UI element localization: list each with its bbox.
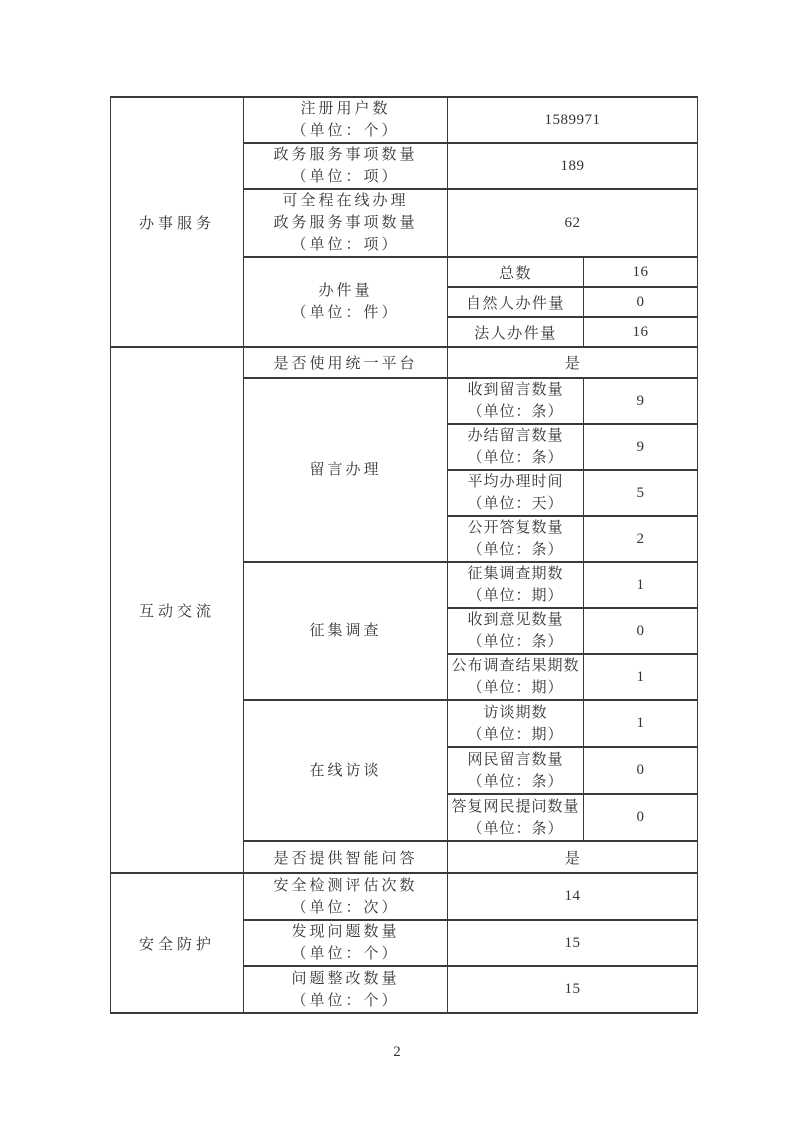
metric-unit-line: （单位：条） — [448, 447, 583, 469]
metric-label-line: 征集调查期数 — [448, 563, 583, 585]
metric-unit-line: （单位：天） — [448, 493, 583, 515]
sub-metric-value-interview-periods: 1 — [584, 700, 698, 747]
sub-metric-label-netizen-replies: 答复网民提问数量 （单位：条） — [448, 794, 584, 841]
section-label-interaction: 互动交流 — [111, 347, 244, 873]
sub-metric-label-messages-received: 收到留言数量 （单位：条） — [448, 378, 584, 424]
metric-label-line: 政务服务事项数量 — [244, 212, 447, 234]
group-label-line: 办件量 — [244, 280, 447, 302]
metric-label-problems-found: 发现问题数量 （单位：个） — [244, 920, 448, 966]
metric-label-line: 答复网民提问数量 — [448, 796, 583, 818]
section-label-security: 安全防护 — [111, 873, 244, 1013]
sub-metric-label-legal-person-cases: 法人办件量 — [448, 317, 584, 347]
metric-label-line: 公布调查结果期数 — [448, 655, 583, 677]
sub-metric-value-natural-person-cases: 0 — [584, 287, 698, 317]
group-label-messages: 留言办理 — [244, 378, 448, 562]
sub-metric-value-legal-person-cases: 16 — [584, 317, 698, 347]
metric-label-line: 安全检测评估次数 — [244, 875, 447, 897]
sub-metric-value-total-cases: 16 — [584, 257, 698, 287]
group-label-cases: 办件量 （单位：件） — [244, 257, 448, 347]
metric-unit-line: （单位：条） — [448, 771, 583, 793]
sub-metric-value-opinions-received: 0 — [584, 608, 698, 654]
sub-metric-value-netizen-messages: 0 — [584, 747, 698, 794]
metric-value-problems-found: 15 — [448, 920, 698, 966]
sub-metric-value-netizen-replies: 0 — [584, 794, 698, 841]
metric-unit-line: （单位：期） — [448, 585, 583, 607]
metric-label-registered-users: 注册用户数 （单位：个） — [244, 97, 448, 143]
metric-label-line: 政务服务事项数量 — [244, 144, 447, 166]
sub-metric-value-messages-resolved: 9 — [584, 424, 698, 470]
sub-metric-value-public-replies: 2 — [584, 516, 698, 562]
group-label-line: 在线访谈 — [244, 760, 447, 782]
metric-unit-line: （单位：期） — [448, 724, 583, 746]
metric-label-line: 发现问题数量 — [244, 921, 447, 943]
sub-metric-label-results-published: 公布调查结果期数 （单位：期） — [448, 654, 584, 700]
metric-value-smart-qa: 是 — [448, 841, 698, 873]
table-row: 安全防护 安全检测评估次数 （单位：次） 14 — [111, 873, 698, 920]
metric-label-service-items: 政务服务事项数量 （单位：项） — [244, 143, 448, 189]
table-row: 互动交流 是否使用统一平台 是 — [111, 347, 698, 378]
metric-label-line: 平均办理时间 — [448, 471, 583, 493]
sub-metric-label-avg-handle-time: 平均办理时间 （单位：天） — [448, 470, 584, 516]
metric-label-security-assessments: 安全检测评估次数 （单位：次） — [244, 873, 448, 920]
metric-label-line: 收到意见数量 — [448, 609, 583, 631]
metric-label-line: 网民留言数量 — [448, 749, 583, 771]
group-label-interviews: 在线访谈 — [244, 700, 448, 841]
sub-metric-label-netizen-messages: 网民留言数量 （单位：条） — [448, 747, 584, 794]
metric-value-online-items: 62 — [448, 189, 698, 257]
metric-unit-line: （单位：个） — [244, 120, 447, 142]
group-label-surveys: 征集调查 — [244, 562, 448, 700]
metric-unit-line: （单位：条） — [448, 401, 583, 423]
metric-label-line: 问题整改数量 — [244, 968, 447, 990]
table-row: 办事服务 注册用户数 （单位：个） 1589971 — [111, 97, 698, 143]
metric-unit-line: （单位：期） — [448, 677, 583, 699]
annual-report-table: 办事服务 注册用户数 （单位：个） 1589971 政务服务事项数量 （单位：项… — [110, 96, 698, 1014]
metric-value-problems-rectified: 15 — [448, 966, 698, 1013]
metric-unit-line: （单位：项） — [244, 166, 447, 188]
metric-label-problems-rectified: 问题整改数量 （单位：个） — [244, 966, 448, 1013]
group-unit-line: （单位：件） — [244, 302, 447, 324]
metric-value-registered-users: 1589971 — [448, 97, 698, 143]
sub-metric-label-natural-person-cases: 自然人办件量 — [448, 287, 584, 317]
metric-unit-line: （单位：次） — [244, 897, 447, 919]
sub-metric-label-public-replies: 公开答复数量 （单位：条） — [448, 516, 584, 562]
sub-metric-value-results-published: 1 — [584, 654, 698, 700]
metric-label-line: 可全程在线办理 — [244, 190, 447, 212]
sub-metric-label-survey-periods: 征集调查期数 （单位：期） — [448, 562, 584, 608]
metric-label-smart-qa: 是否提供智能问答 — [244, 841, 448, 873]
metric-value-unified-platform: 是 — [448, 347, 698, 378]
sub-metric-value-messages-received: 9 — [584, 378, 698, 424]
metric-unit-line: （单位：个） — [244, 943, 447, 965]
metric-label-online-items: 可全程在线办理 政务服务事项数量 （单位：项） — [244, 189, 448, 257]
metric-unit-line: （单位：条） — [448, 818, 583, 840]
metric-label-line: 访谈期数 — [448, 702, 583, 724]
metric-unit-line: （单位：项） — [244, 234, 447, 256]
document-page: 办事服务 注册用户数 （单位：个） 1589971 政务服务事项数量 （单位：项… — [0, 0, 794, 1123]
metric-label-line: 注册用户数 — [244, 98, 447, 120]
page-number: 2 — [0, 1044, 794, 1061]
metric-unit-line: （单位：个） — [244, 990, 447, 1012]
metric-label-line: 收到留言数量 — [448, 379, 583, 401]
group-label-line: 留言办理 — [244, 459, 447, 481]
sub-metric-label-opinions-received: 收到意见数量 （单位：条） — [448, 608, 584, 654]
sub-metric-value-survey-periods: 1 — [584, 562, 698, 608]
metric-value-service-items: 189 — [448, 143, 698, 189]
metric-unit-line: （单位：条） — [448, 539, 583, 561]
metric-label-line: 公开答复数量 — [448, 517, 583, 539]
metric-label-line: 办结留言数量 — [448, 425, 583, 447]
metric-unit-line: （单位：条） — [448, 631, 583, 653]
section-label-service: 办事服务 — [111, 97, 244, 347]
metric-value-security-assessments: 14 — [448, 873, 698, 920]
sub-metric-value-avg-handle-time: 5 — [584, 470, 698, 516]
sub-metric-label-interview-periods: 访谈期数 （单位：期） — [448, 700, 584, 747]
sub-metric-label-total-cases: 总数 — [448, 257, 584, 287]
group-label-line: 征集调查 — [244, 620, 447, 642]
metric-label-unified-platform: 是否使用统一平台 — [244, 347, 448, 378]
sub-metric-label-messages-resolved: 办结留言数量 （单位：条） — [448, 424, 584, 470]
